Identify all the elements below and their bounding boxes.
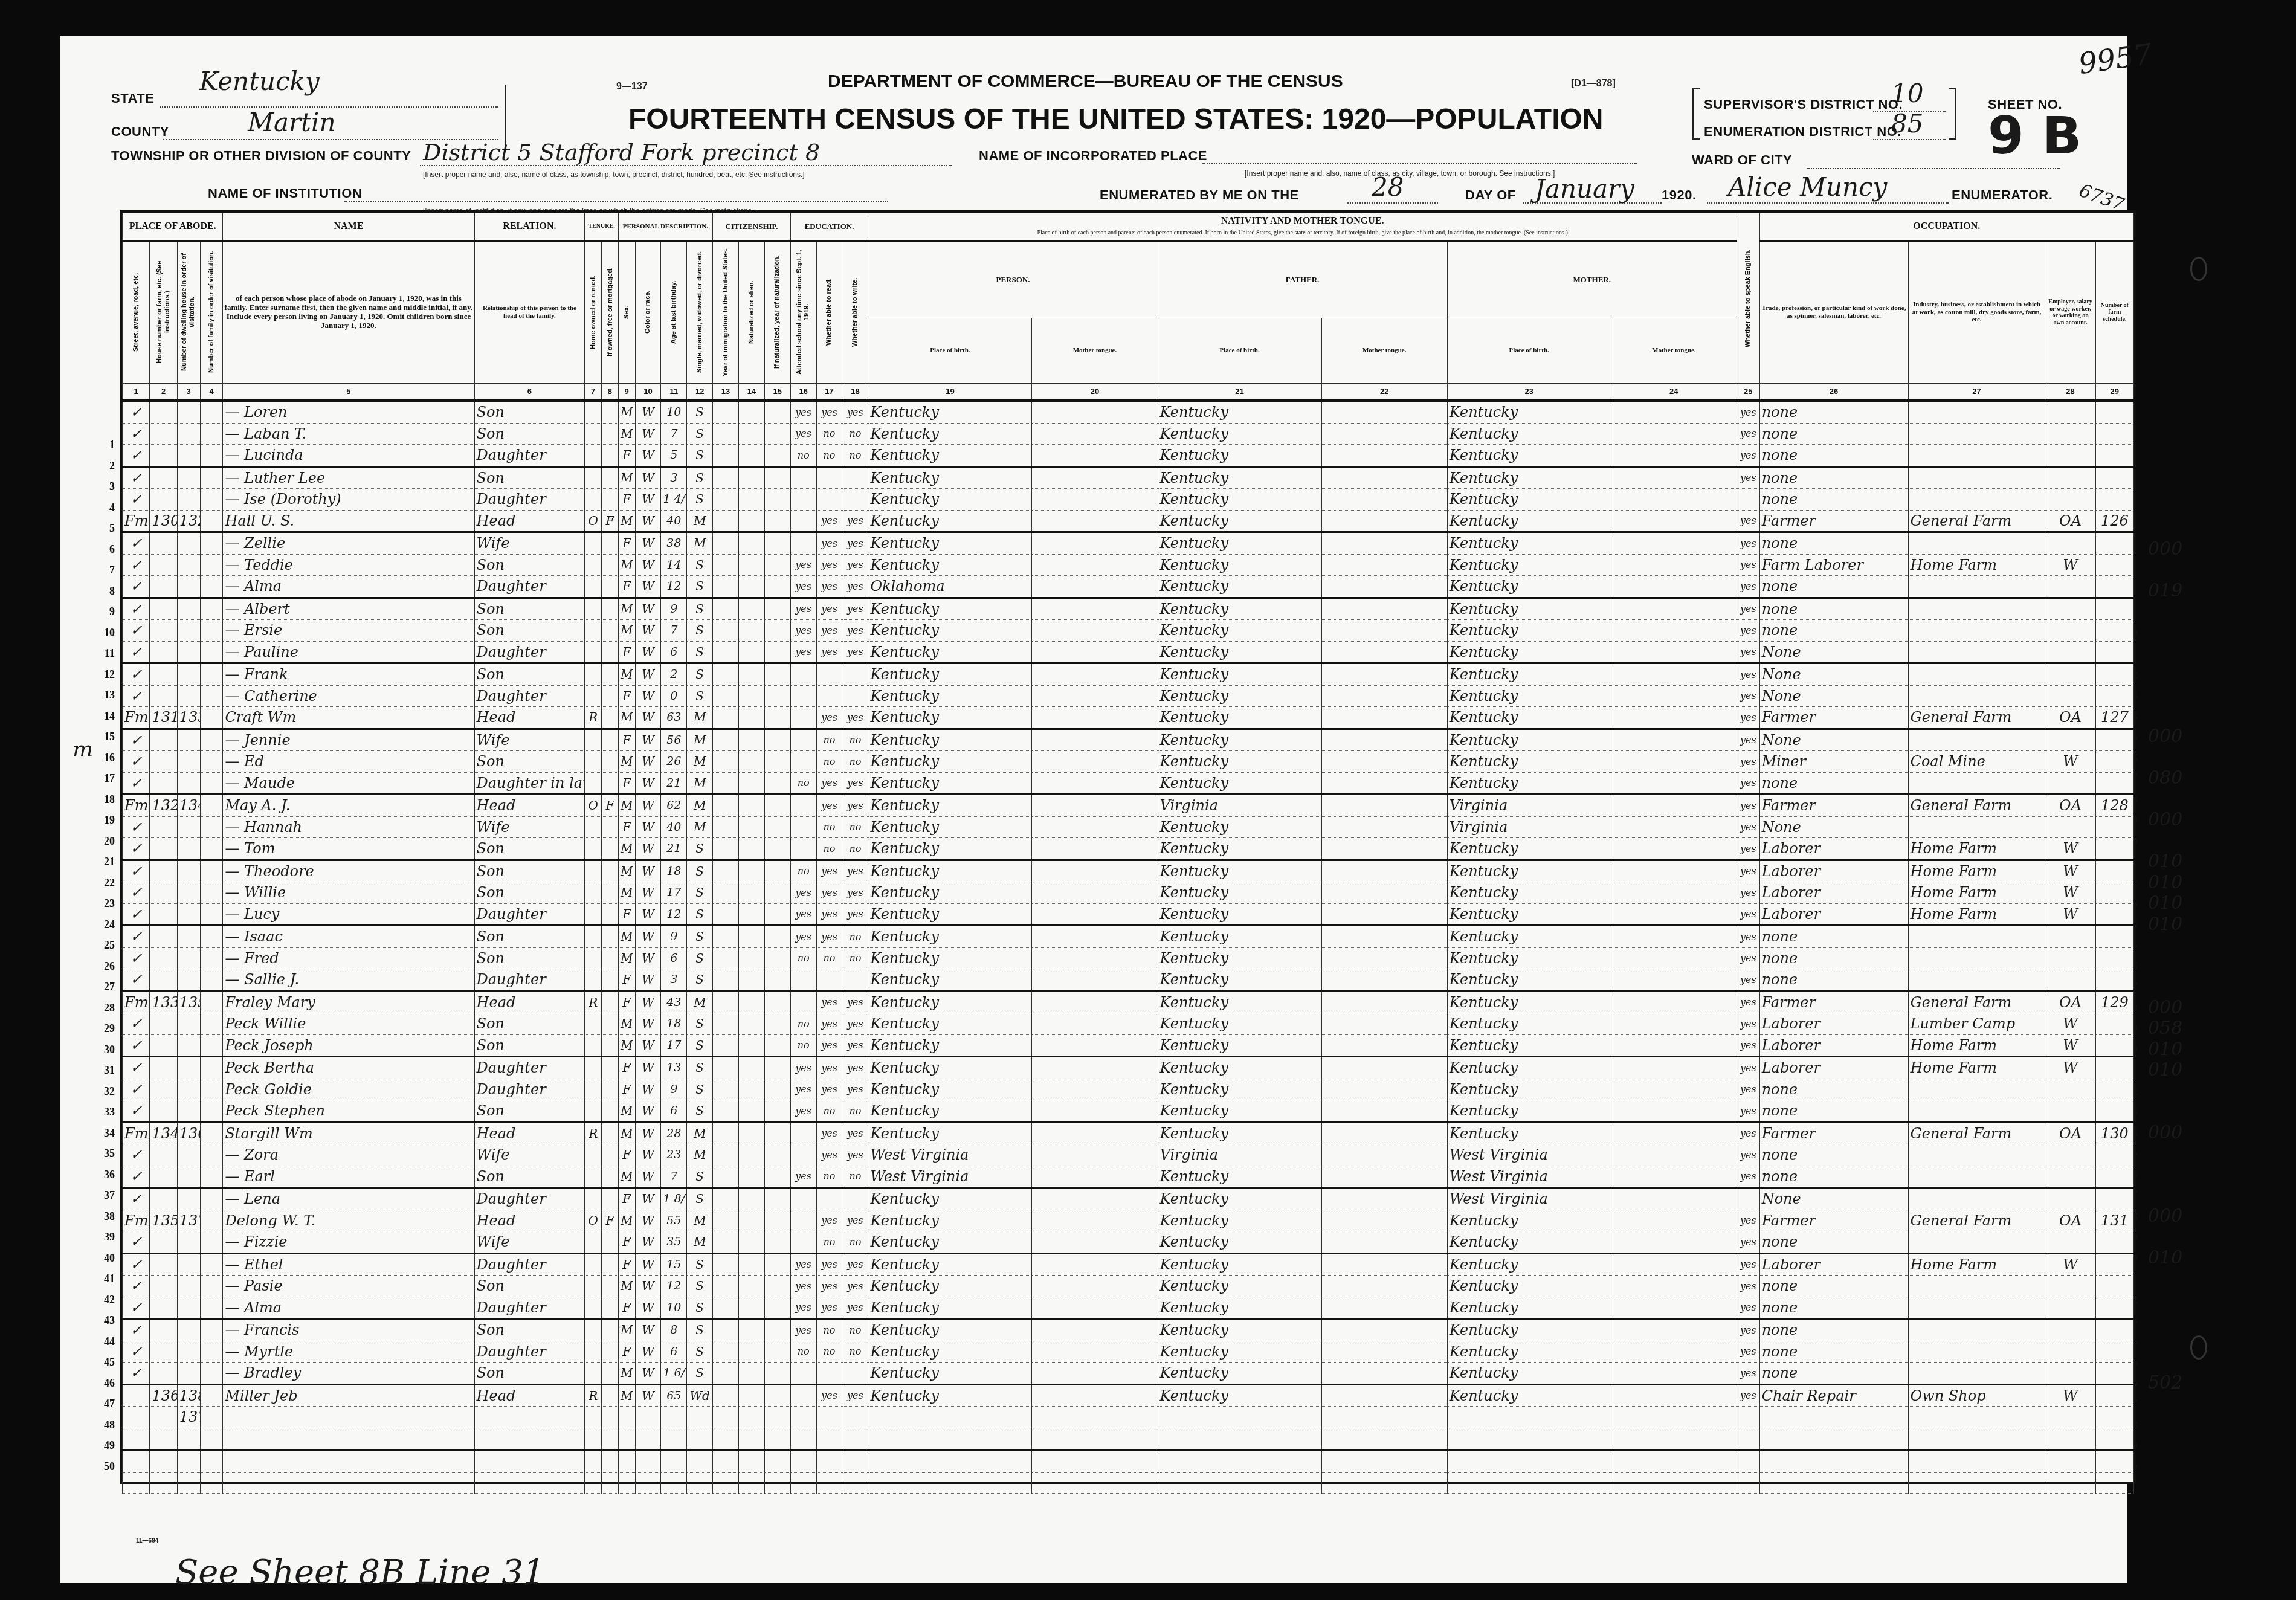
birthplace-cell: Kentucky <box>868 751 1032 773</box>
marital-cell: M <box>687 1231 713 1254</box>
farm-schedule-cell <box>2095 1384 2133 1407</box>
street-cell: ✓ <box>123 947 150 969</box>
street-cell: ✓ <box>123 772 150 795</box>
farm-schedule-cell: 127 <box>2095 707 2133 729</box>
mother-birthplace-cell: Kentucky <box>1447 1231 1611 1254</box>
street-cell: Fm <box>123 707 150 729</box>
father-tongue-cell <box>1321 903 1447 926</box>
family-cell <box>200 445 223 467</box>
street-cell: ✓ <box>123 641 150 663</box>
family-cell <box>200 685 223 707</box>
name-cell: — Luther Lee <box>223 466 474 489</box>
free-mortgaged-cell <box>602 1319 619 1341</box>
naturalization-year-cell <box>764 1100 790 1123</box>
write-cell: yes <box>842 1122 868 1144</box>
immigration-cell <box>713 1100 739 1123</box>
street-cell: ✓ <box>123 423 150 445</box>
naturalized-cell <box>739 532 765 555</box>
naturalized-cell <box>739 838 765 860</box>
write-cell: yes <box>842 795 868 817</box>
father-birthplace-cell: Kentucky <box>1158 860 1321 882</box>
birthplace-cell: Kentucky <box>868 991 1032 1013</box>
owned-rented-cell <box>585 882 602 904</box>
employer-cell: W <box>2045 882 2095 904</box>
write-cell <box>842 466 868 489</box>
industry-cell <box>1908 1231 2045 1254</box>
marital-cell: S <box>687 1319 713 1341</box>
free-mortgaged-cell <box>602 685 619 707</box>
street-cell: ✓ <box>123 1276 150 1297</box>
house-number-cell <box>150 969 177 992</box>
mother-mother-tongue-cell <box>1611 1231 1737 1254</box>
header-sex: Sex. <box>618 241 635 384</box>
table-row: 137 <box>123 1407 2134 1428</box>
house-number-cell <box>150 554 177 576</box>
header-father-pob: Place of birth. <box>1158 318 1321 384</box>
house-number-cell: 132 <box>150 795 177 817</box>
relation-cell: Daughter <box>474 969 585 992</box>
mother-birthplace-cell: Kentucky <box>1447 838 1611 860</box>
group-citizenship: CITIZENSHIP. <box>713 213 791 241</box>
birthplace-cell: Kentucky <box>868 1210 1032 1231</box>
street-cell: ✓ <box>123 860 150 882</box>
father-birthplace-cell: Kentucky <box>1158 1297 1321 1319</box>
race-cell: W <box>635 466 661 489</box>
farm-schedule-cell <box>2095 1079 2133 1100</box>
name-cell: — Sallie J. <box>223 969 474 992</box>
name-cell: Miller Jeb <box>223 1384 474 1407</box>
immigration-cell <box>713 1363 739 1385</box>
english-cell: yes <box>1737 1210 1759 1231</box>
occupation-code: 000 <box>2148 538 2182 560</box>
mother-mother-tongue-cell <box>1611 882 1737 904</box>
dwelling-cell <box>177 860 200 882</box>
name-cell: — Willie <box>223 882 474 904</box>
mother-tongue-cell <box>1032 641 1158 663</box>
trade-cell: Farmer <box>1759 707 1908 729</box>
mother-tongue-cell <box>1032 466 1158 489</box>
birthplace-cell: Kentucky <box>868 772 1032 795</box>
father-tongue-cell <box>1321 598 1447 620</box>
mother-tongue-cell <box>1032 685 1158 707</box>
read-cell: yes <box>816 576 842 598</box>
name-cell: Stargill Wm <box>223 1122 474 1144</box>
house-number-cell: 133 <box>150 991 177 1013</box>
relation-cell: Son <box>474 466 585 489</box>
mother-mother-tongue-cell <box>1611 576 1737 598</box>
dwelling-cell <box>177 489 200 511</box>
family-cell <box>200 1057 223 1079</box>
table-row: ✓— Ise (Dorothy)DaughterFW1 4/12SKentuck… <box>123 489 2134 511</box>
mother-birthplace-cell: Kentucky <box>1447 510 1611 532</box>
free-mortgaged-cell <box>602 1407 619 1428</box>
read-cell: yes <box>816 1297 842 1319</box>
write-cell: no <box>842 1319 868 1341</box>
father-tongue-cell <box>1321 1472 1447 1494</box>
column-number: 14 <box>739 384 765 401</box>
sex-cell: F <box>618 1297 635 1319</box>
industry-cell <box>1908 1166 2045 1188</box>
owned-rented-cell <box>585 598 602 620</box>
marital-cell: S <box>687 1363 713 1385</box>
naturalized-cell <box>739 1297 765 1319</box>
line-number: 28 <box>97 1002 115 1015</box>
farm-schedule-cell <box>2095 641 2133 663</box>
relation-cell: Daughter <box>474 1253 585 1276</box>
immigration-cell <box>713 1210 739 1231</box>
mother-tongue-cell <box>1032 1100 1158 1123</box>
employer-cell <box>2045 532 2095 555</box>
mother-mother-tongue-cell <box>1611 1013 1737 1035</box>
column-number: 11 <box>661 384 687 401</box>
mother-birthplace-cell: Kentucky <box>1447 554 1611 576</box>
employer-cell <box>2045 1144 2095 1166</box>
immigration-cell <box>713 1297 739 1319</box>
mother-tongue-cell <box>1032 1384 1158 1407</box>
free-mortgaged-cell <box>602 1253 619 1276</box>
age-cell: 38 <box>661 532 687 555</box>
immigration-cell <box>713 882 739 904</box>
employer-cell: W <box>2045 1013 2095 1035</box>
mother-tongue-cell <box>1032 1297 1158 1319</box>
family-cell <box>200 1210 223 1231</box>
mother-birthplace-cell <box>1447 1472 1611 1494</box>
mother-mother-tongue-cell <box>1611 1210 1737 1231</box>
column-number: 24 <box>1611 384 1737 401</box>
street-cell: Fm <box>123 795 150 817</box>
father-tongue-cell <box>1321 1057 1447 1079</box>
header-naturalization-year: If naturalized, year of naturalization. <box>764 241 790 384</box>
mother-birthplace-cell: Kentucky <box>1447 1013 1611 1035</box>
enumerator-line <box>1707 202 1949 204</box>
name-cell: Peck Stephen <box>223 1100 474 1123</box>
employer-cell: W <box>2045 751 2095 773</box>
read-cell: no <box>816 729 842 751</box>
mother-birthplace-cell: Kentucky <box>1447 707 1611 729</box>
column-numbers-row: 1234567891011121314151617181920212223242… <box>123 384 2134 401</box>
write-cell <box>842 663 868 686</box>
owned-rented-cell <box>585 1013 602 1035</box>
naturalization-year-cell <box>764 641 790 663</box>
free-mortgaged-cell <box>602 1166 619 1188</box>
marital-cell: S <box>687 598 713 620</box>
read-cell: yes <box>816 707 842 729</box>
birthplace-cell: Kentucky <box>868 947 1032 969</box>
trade-cell: none <box>1759 466 1908 489</box>
mother-birthplace-cell: West Virginia <box>1447 1166 1611 1188</box>
occupation-code: 010 <box>2148 1039 2182 1060</box>
mother-birthplace-cell: Kentucky <box>1447 969 1611 992</box>
mother-tongue-cell <box>1032 882 1158 904</box>
english-cell: yes <box>1737 685 1759 707</box>
family-cell <box>200 1100 223 1123</box>
family-cell <box>200 1079 223 1100</box>
house-number-cell <box>150 1100 177 1123</box>
employer-cell: OA <box>2045 1210 2095 1231</box>
school-cell: yes <box>790 576 816 598</box>
father-birthplace-cell: Kentucky <box>1158 751 1321 773</box>
school-cell <box>790 969 816 992</box>
dwelling-cell: 135 <box>177 991 200 1013</box>
write-cell <box>842 1188 868 1210</box>
father-tongue-cell <box>1321 816 1447 838</box>
sex-cell: F <box>618 1144 635 1166</box>
employer-cell <box>2045 1450 2095 1473</box>
english-cell: yes <box>1737 1276 1759 1297</box>
naturalized-cell <box>739 1231 765 1254</box>
street-cell: ✓ <box>123 1188 150 1210</box>
mother-birthplace-cell: Kentucky <box>1447 1057 1611 1079</box>
table-row: Fm133135Fraley MaryHeadRFW43MyesyesKentu… <box>123 991 2134 1013</box>
house-number-cell: 135 <box>150 1210 177 1231</box>
school-cell: yes <box>790 620 816 642</box>
english-cell <box>1737 1428 1759 1450</box>
father-birthplace-cell <box>1158 1450 1321 1473</box>
group-occupation: OCCUPATION. <box>1759 213 2133 241</box>
mother-mother-tongue-cell <box>1611 489 1737 511</box>
naturalization-year-cell <box>764 1231 790 1254</box>
marital-cell: S <box>687 1253 713 1276</box>
house-number-cell <box>150 685 177 707</box>
family-cell <box>200 729 223 751</box>
employer-cell <box>2045 641 2095 663</box>
relation-cell: Daughter in law <box>474 772 585 795</box>
marital-cell: M <box>687 510 713 532</box>
name-cell: — Tom <box>223 838 474 860</box>
line-number: 40 <box>97 1252 115 1265</box>
industry-cell: Home Farm <box>1908 903 2045 926</box>
birthplace-cell: Kentucky <box>868 1231 1032 1254</box>
race-cell: W <box>635 816 661 838</box>
owned-rented-cell <box>585 1144 602 1166</box>
free-mortgaged-cell <box>602 1276 619 1297</box>
free-mortgaged-cell <box>602 554 619 576</box>
father-tongue-cell <box>1321 1363 1447 1385</box>
father-birthplace-cell: Kentucky <box>1158 772 1321 795</box>
naturalized-cell <box>739 641 765 663</box>
sex-cell: F <box>618 685 635 707</box>
age-cell: 7 <box>661 1166 687 1188</box>
enumerated-year: 1920. <box>1662 187 1697 203</box>
age-cell: 10 <box>661 1297 687 1319</box>
owned-rented-cell <box>585 576 602 598</box>
header-employer: Employer, salary or wage worker, or work… <box>2045 241 2095 384</box>
naturalization-year-cell <box>764 707 790 729</box>
industry-cell: Home Farm <box>1908 882 2045 904</box>
house-number-cell <box>150 751 177 773</box>
mother-mother-tongue-cell <box>1611 1363 1737 1385</box>
free-mortgaged-cell <box>602 1144 619 1166</box>
school-cell: yes <box>790 1253 816 1276</box>
trade-cell: None <box>1759 1188 1908 1210</box>
street-cell <box>123 1450 150 1473</box>
immigration-cell <box>713 532 739 555</box>
name-cell: — Zora <box>223 1144 474 1166</box>
enumerator-label: ENUMERATOR. <box>1952 187 2053 203</box>
trade-cell <box>1759 1407 1908 1428</box>
mother-mother-tongue-cell <box>1611 598 1737 620</box>
mother-tongue-cell <box>1032 576 1158 598</box>
house-number-cell <box>150 445 177 467</box>
table-row: ✓— LucindaDaughterFW5SnononoKentuckyKent… <box>123 445 2134 467</box>
marital-cell: S <box>687 663 713 686</box>
house-number-cell <box>150 926 177 948</box>
owned-rented-cell <box>585 401 602 423</box>
write-cell: yes <box>842 1057 868 1079</box>
farm-schedule-cell <box>2095 838 2133 860</box>
owned-rented-cell <box>585 1034 602 1057</box>
father-tongue-cell <box>1321 729 1447 751</box>
dwelling-cell: 132 <box>177 510 200 532</box>
industry-cell: General Farm <box>1908 510 2045 532</box>
farm-schedule-cell <box>2095 1319 2133 1341</box>
immigration-cell <box>713 838 739 860</box>
write-cell: yes <box>842 1079 868 1100</box>
mother-tongue-cell <box>1032 1210 1158 1231</box>
sheet-value: 9 B <box>1988 106 2082 166</box>
group-place-of-abode: PLACE OF ABODE. <box>123 213 223 241</box>
industry-cell <box>1908 1100 2045 1123</box>
read-cell: no <box>816 816 842 838</box>
read-cell: yes <box>816 903 842 926</box>
street-cell: ✓ <box>123 466 150 489</box>
dwelling-cell <box>177 772 200 795</box>
english-cell: yes <box>1737 401 1759 423</box>
father-birthplace-cell: Kentucky <box>1158 532 1321 555</box>
employer-cell <box>2045 1079 2095 1100</box>
line-number: 27 <box>97 981 115 993</box>
birthplace-cell: Kentucky <box>868 1013 1032 1035</box>
naturalization-year-cell <box>764 751 790 773</box>
read-cell <box>816 1407 842 1428</box>
naturalization-year-cell <box>764 1276 790 1297</box>
group-relation: RELATION. <box>474 213 585 241</box>
mother-tongue-cell <box>1032 1231 1158 1254</box>
family-cell <box>200 926 223 948</box>
name-cell: May A. J. <box>223 795 474 817</box>
street-cell: ✓ <box>123 489 150 511</box>
street-cell: ✓ <box>123 1013 150 1035</box>
age-cell: 6 <box>661 641 687 663</box>
birthplace-cell: Kentucky <box>868 532 1032 555</box>
farm-schedule-cell <box>2095 1472 2133 1494</box>
house-number-cell <box>150 598 177 620</box>
immigration-cell <box>713 772 739 795</box>
father-tongue-cell <box>1321 1166 1447 1188</box>
owned-rented-cell <box>585 423 602 445</box>
immigration-cell <box>713 1472 739 1494</box>
race-cell: W <box>635 795 661 817</box>
farm-schedule-cell: 131 <box>2095 1210 2133 1231</box>
table-row: ✓— TeddieSonMW14SyesyesyesKentuckyKentuc… <box>123 554 2134 576</box>
family-cell <box>200 1297 223 1319</box>
sex-cell: M <box>618 620 635 642</box>
read-cell: yes <box>816 1253 842 1276</box>
sex-cell: M <box>618 1363 635 1385</box>
father-tongue-cell <box>1321 1276 1447 1297</box>
mother-birthplace-cell: Kentucky <box>1447 882 1611 904</box>
house-number-cell <box>150 489 177 511</box>
owned-rented-cell: O <box>585 795 602 817</box>
trade-cell: none <box>1759 1144 1908 1166</box>
dwelling-cell <box>177 554 200 576</box>
naturalization-year-cell <box>764 685 790 707</box>
dwelling-cell <box>177 729 200 751</box>
mother-tongue-cell <box>1032 1122 1158 1144</box>
dwelling-cell <box>177 1428 200 1450</box>
school-cell: yes <box>790 903 816 926</box>
owned-rented-cell <box>585 1166 602 1188</box>
farm-schedule-cell <box>2095 1450 2133 1473</box>
school-cell: yes <box>790 1166 816 1188</box>
mother-mother-tongue-cell <box>1611 947 1737 969</box>
free-mortgaged-cell <box>602 466 619 489</box>
line-number: 36 <box>97 1169 115 1181</box>
marital-cell: M <box>687 816 713 838</box>
employer-cell <box>2045 1297 2095 1319</box>
sex-cell: F <box>618 445 635 467</box>
naturalized-cell <box>739 489 765 511</box>
father-tongue-cell <box>1321 1341 1447 1363</box>
farm-schedule-cell <box>2095 1407 2133 1428</box>
marital-cell: S <box>687 860 713 882</box>
name-cell: — Zellie <box>223 532 474 555</box>
industry-cell: General Farm <box>1908 1210 2045 1231</box>
father-tongue-cell <box>1321 1122 1447 1144</box>
ward-label: WARD OF CITY <box>1692 152 1792 168</box>
table-row: ✓— MaudeDaughter in lawFW21MnoyesyesKent… <box>123 772 2134 795</box>
english-cell: yes <box>1737 1166 1759 1188</box>
line-number: 44 <box>97 1335 115 1348</box>
mother-tongue-cell <box>1032 751 1158 773</box>
house-number-cell <box>150 947 177 969</box>
free-mortgaged-cell <box>602 969 619 992</box>
enumerated-day-line <box>1347 202 1438 204</box>
naturalization-year-cell <box>764 1363 790 1385</box>
school-cell <box>790 1231 816 1254</box>
father-birthplace-cell: Kentucky <box>1158 947 1321 969</box>
house-number-cell <box>150 1144 177 1166</box>
trade-cell: None <box>1759 685 1908 707</box>
enumerator-name: Alice Muncy <box>1728 172 1887 202</box>
mother-birthplace-cell: Kentucky <box>1447 1253 1611 1276</box>
father-tongue-cell <box>1321 838 1447 860</box>
institution-line <box>344 201 888 202</box>
occupation-code: 010 <box>2148 1247 2182 1268</box>
mother-mother-tongue-cell <box>1611 1472 1737 1494</box>
immigration-cell <box>713 1341 739 1363</box>
farm-schedule-cell <box>2095 816 2133 838</box>
marital-cell: S <box>687 620 713 642</box>
punch-hole-top <box>2190 257 2207 281</box>
street-cell: ✓ <box>123 1363 150 1385</box>
house-number-cell <box>150 423 177 445</box>
form-number: 9—137 <box>616 82 648 92</box>
relation-cell: Wife <box>474 532 585 555</box>
street-cell: ✓ <box>123 554 150 576</box>
age-cell: 8 <box>661 1319 687 1341</box>
english-cell: yes <box>1737 903 1759 926</box>
mother-birthplace-cell: Kentucky <box>1447 598 1611 620</box>
column-number: 15 <box>764 384 790 401</box>
owned-rented-cell <box>585 926 602 948</box>
industry-cell <box>1908 1144 2045 1166</box>
column-number: 12 <box>687 384 713 401</box>
trade-cell: Laborer <box>1759 1253 1908 1276</box>
free-mortgaged-cell <box>602 641 619 663</box>
immigration-cell <box>713 947 739 969</box>
family-cell <box>200 1472 223 1494</box>
